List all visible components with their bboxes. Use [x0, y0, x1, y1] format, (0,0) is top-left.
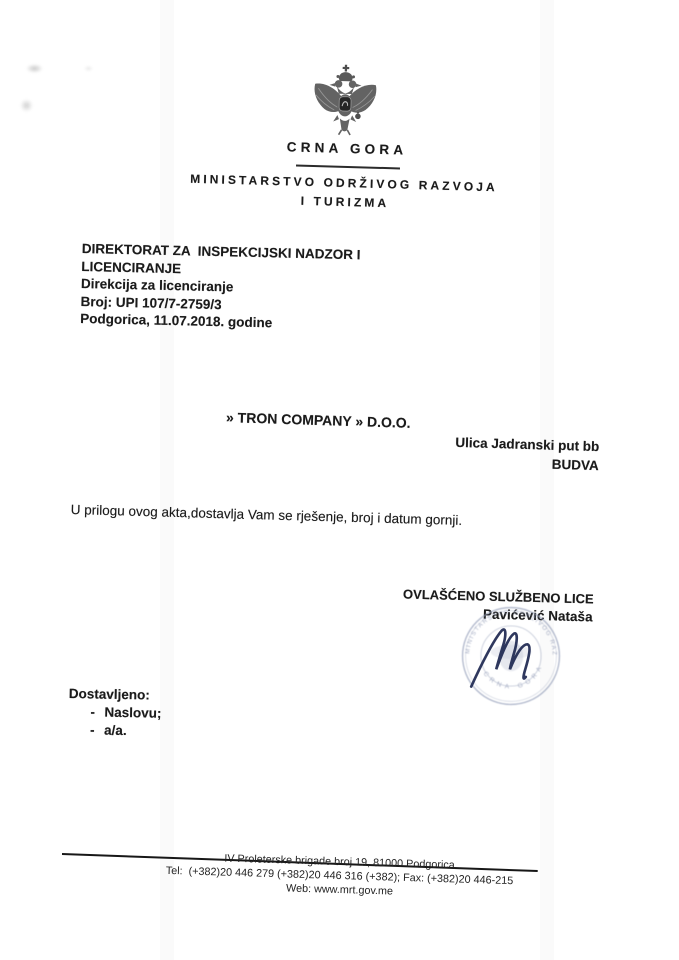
coat-of-arms-icon [303, 63, 387, 151]
signer-title: OVLAŠĆENO SLUŽBENO LICE [403, 587, 594, 607]
ministry-name-line2: I TURIZMA [301, 194, 390, 210]
pencil-smudge [84, 66, 93, 71]
footer-block: IV Proleterske brigade broj 19, 81000 Po… [0, 856, 679, 897]
distribution-item: - Naslovu; [68, 703, 161, 723]
pencil-smudge [20, 99, 33, 112]
list-dash: - [90, 721, 104, 739]
ministry-name-line1: MINISTARSTVO ODRŽIVOG RAZVOJA [190, 172, 498, 195]
scan-streak [540, 0, 554, 960]
sender-block: DIREKTORAT ZA INSPEKCIJSKI NADZOR I LICE… [80, 240, 361, 334]
distribution-item-label: a/a. [104, 722, 127, 740]
scanned-letter-page: CRNA GORA MINISTARSTVO ODRŽIVOG RAZVOJA … [0, 0, 679, 960]
header-divider [296, 165, 400, 170]
body-paragraph: U prilogu ovog akta,dostavlja Vam se rje… [71, 502, 463, 528]
distribution-item: - a/a. [68, 721, 161, 741]
country-name: CRNA GORA [287, 139, 408, 157]
official-stamp: MINISTARSTVO ODRŽIVOG RAZVOJA I TURIZMA … [460, 605, 562, 707]
recipient-address-block: Ulica Jadranski put bb BUDVA [454, 434, 599, 475]
distribution-label: Dostavljeno: [69, 685, 162, 705]
scan-streak [160, 0, 174, 960]
recipient-company: » TRON COMPANY » D.O.O. [226, 409, 411, 431]
distribution-item-label: Naslovu; [104, 704, 161, 723]
pencil-smudge [26, 64, 43, 73]
recipient-city: BUDVA [454, 452, 599, 475]
list-dash: - [90, 703, 104, 721]
distribution-block: Dostavljeno: - Naslovu; - a/a. [68, 685, 162, 741]
